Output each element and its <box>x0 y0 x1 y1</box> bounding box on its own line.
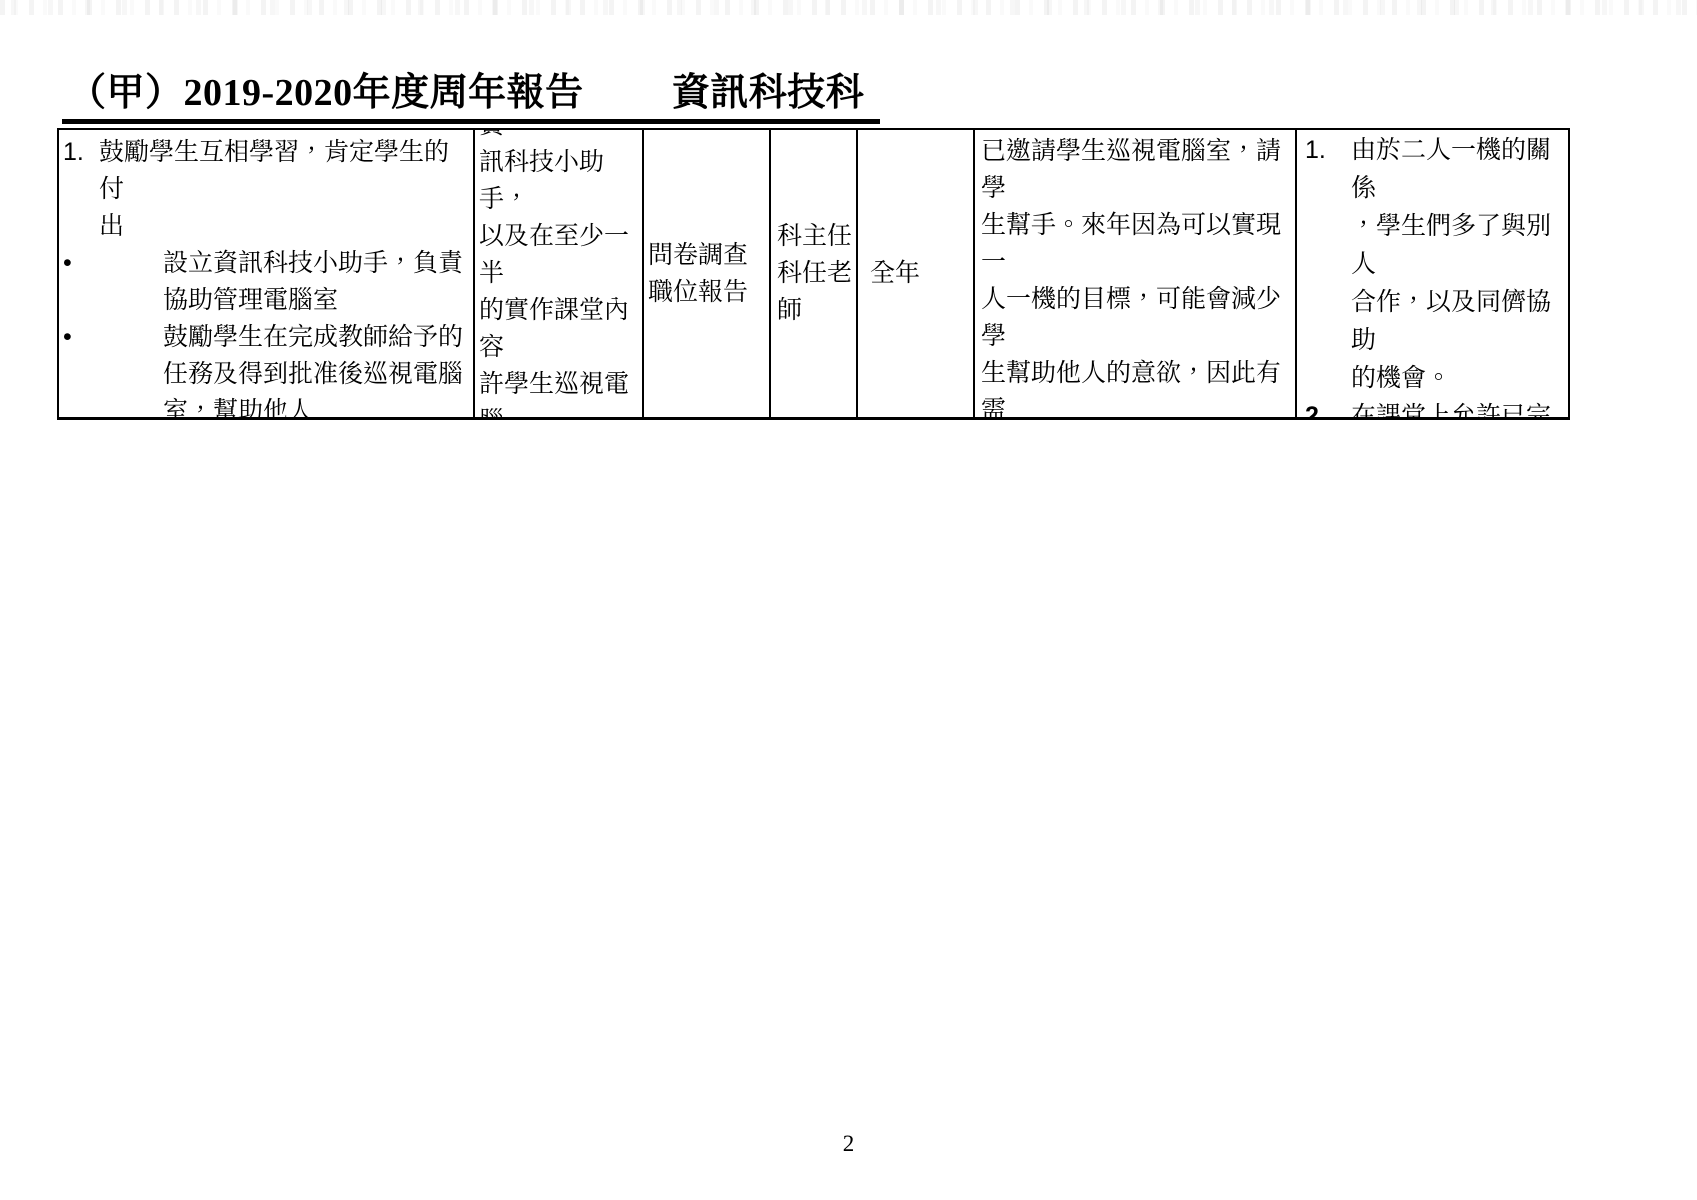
title-year: 2019-2020 <box>184 72 353 114</box>
followup-text: 已邀請學生巡視電腦室，請學 生幫手。來年因為可以實現一 人一機的目標，可能會減少… <box>981 137 1281 417</box>
cell-achievements: 有選出每班的資 訊科技小助手， 以及在至少一半 的實作課堂內容 許學生巡視電腦 … <box>473 130 642 417</box>
suggestion-text: 在課堂上允許已完成 步驟的學生離開座位 幫助同學，但不可騷 擾他人。 <box>1351 397 1566 417</box>
suggestion-number: 1. <box>1301 131 1351 169</box>
bullet-icon: • <box>61 319 163 356</box>
objective-number: 1. <box>61 134 99 171</box>
scan-noise-strip <box>0 0 1697 15</box>
responsible-text: 科主任 科任老 師 <box>777 218 852 329</box>
bullet-text: 設立資訊科技小助手，負責 協助管理電腦室 <box>163 245 471 319</box>
achievements-text: 有選出每班的資 訊科技小助手， 以及在至少一半 的實作課堂內容 許學生巡視電腦 … <box>479 130 642 417</box>
cell-objectives: 1. 鼓勵學生互相學習，肯定學生的付 出 • 設立資訊科技小助手，負責 協助管理… <box>59 130 473 417</box>
cell-suggestions: 1. 由於二人一機的關係 ，學生們多了與別人 合作，以及同儕協助 的機會。 2.… <box>1295 130 1568 417</box>
suggestion-item: 2. 在課堂上允許已完成 步驟的學生離開座位 幫助同學，但不可騷 擾他人。 <box>1301 397 1566 417</box>
document-page: （甲）2019-2020年度周年報告資訊科技科 1. 鼓勵學生互相學習，肯定學生… <box>0 0 1697 1200</box>
page-title: （甲）2019-2020年度周年報告資訊科技科 <box>62 70 880 124</box>
suggestion-item: 1. 由於二人一機的關係 ，學生們多了與別人 合作，以及同儕協助 的機會。 <box>1301 131 1566 397</box>
bullet-icon: • <box>61 245 163 282</box>
cell-timeframe: 全年 <box>856 130 973 417</box>
objective-bullet-item: • 設立資訊科技小助手，負責 協助管理電腦室 <box>61 245 471 319</box>
objective-bullet-item: • 鼓勵學生在完成教師給予的 任務及得到批准後巡視電腦 室，幫助他人 <box>61 319 471 417</box>
title-suffix: 年度周年報告 <box>353 72 584 114</box>
cell-followup: 已邀請學生巡視電腦室，請學 生幫手。來年因為可以實現一 人一機的目標，可能會減少… <box>973 130 1295 417</box>
annual-report-table: 1. 鼓勵學生互相學習，肯定學生的付 出 • 設立資訊科技小助手，負責 協助管理… <box>57 128 1570 420</box>
title-subject: 資訊科技科 <box>672 72 865 114</box>
bullet-text: 鼓勵學生在完成教師給予的 任務及得到批准後巡視電腦 室，幫助他人 <box>163 319 471 417</box>
suggestion-number: 2. <box>1301 397 1351 417</box>
suggestion-text: 由於二人一機的關係 ，學生們多了與別人 合作，以及同儕協助 的機會。 <box>1351 131 1566 397</box>
evaluation-methods-text: 問卷調查 職位報告 <box>648 237 748 311</box>
title-prefix: （甲） <box>68 72 184 114</box>
timeframe-text: 全年 <box>870 255 920 292</box>
objective-text: 鼓勵學生互相學習，肯定學生的付 出 <box>99 134 471 245</box>
cell-responsible: 科主任 科任老 師 <box>769 130 856 417</box>
cell-evaluation-methods: 問卷調查 職位報告 <box>642 130 769 417</box>
page-number: 2 <box>0 1131 1697 1157</box>
objective-item: 1. 鼓勵學生互相學習，肯定學生的付 出 <box>61 134 471 245</box>
